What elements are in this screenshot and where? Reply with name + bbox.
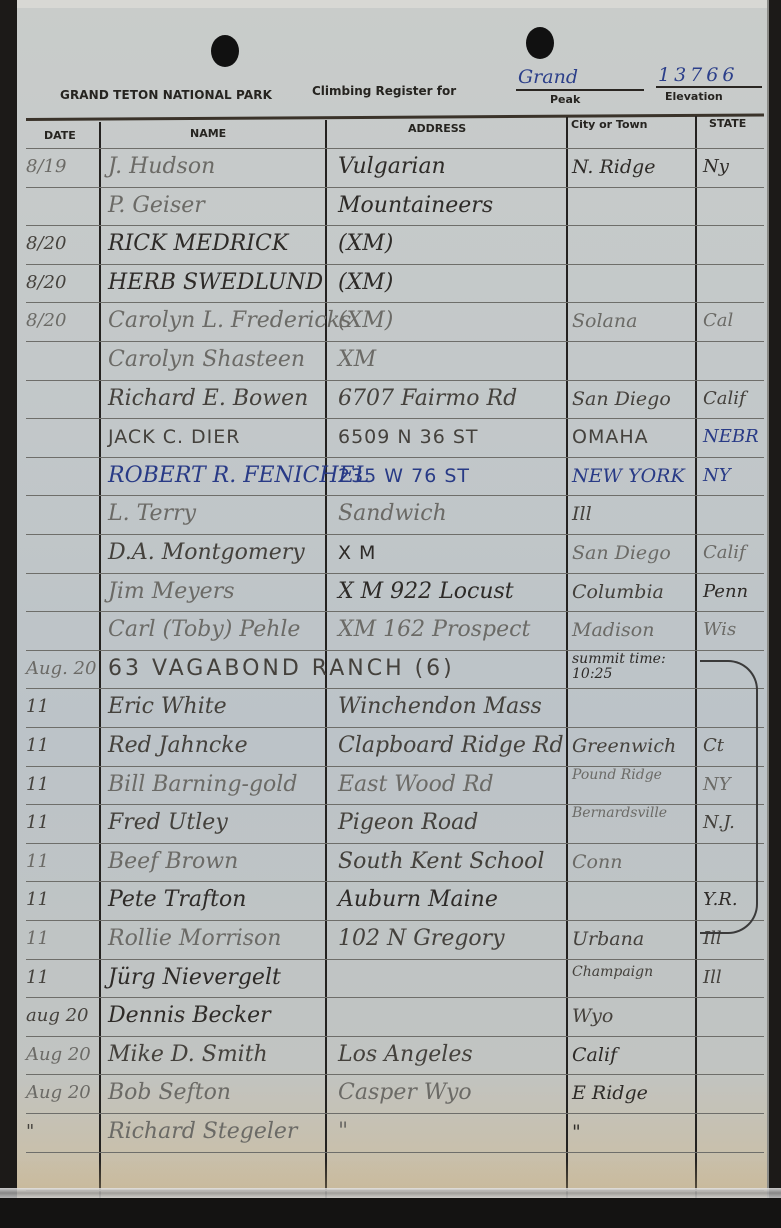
cell-date: " (26, 1119, 98, 1145)
table-row: ROBERT R. FENICHEL235 W 76 STNEW YORKNY (0, 457, 781, 495)
cell-date: 11 (26, 810, 98, 836)
cell-date: 11 (26, 772, 98, 798)
cell-city: Champaign (572, 965, 653, 980)
cell-name: L. Terry (108, 501, 196, 527)
cell-date: 8/20 (26, 231, 98, 257)
cell-address: Sandwich (338, 501, 447, 527)
cell-address: X M (338, 540, 376, 566)
cell-name: Pete Trafton (108, 887, 246, 913)
cell-name: Rollie Morrison (108, 926, 281, 952)
elevation-label: Elevation (665, 90, 723, 103)
cell-state: Ill (703, 965, 722, 991)
cell-date: Aug 20 (26, 1042, 98, 1068)
cell-date: Aug. 20 (26, 656, 98, 682)
column-header-city: City or Town (571, 118, 648, 131)
table-row: 11Bill Barning-goldEast Wood RdPound Rid… (0, 766, 781, 804)
table-row: JACK C. DIER6509 N 36 STOMAHANEBR (0, 418, 781, 456)
cell-city: N. Ridge (572, 154, 655, 180)
table-row: D.A. MontgomeryX MSan DiegoCalif (0, 534, 781, 572)
cell-date: 8/19 (26, 154, 98, 180)
cell-city: Columbia (572, 579, 664, 605)
cell-address: Winchendon Mass (338, 694, 542, 720)
cell-name: RICK MEDRICK (108, 231, 288, 257)
cell-city: Calif (572, 1042, 617, 1068)
cell-address: East Wood Rd (338, 772, 494, 798)
cell-city: Urbana (572, 926, 644, 952)
cell-state: Cal (703, 308, 733, 334)
cell-city: San Diego (572, 386, 671, 412)
cell-address: (XM) (338, 231, 393, 257)
cell-city: OMAHA (572, 424, 649, 450)
table-row: 11Beef BrownSouth Kent SchoolConn (0, 843, 781, 881)
cell-address: 235 W 76 ST (338, 463, 470, 489)
cell-name: HERB SWEDLUND (108, 270, 323, 296)
cell-city: E Ridge (572, 1080, 648, 1106)
cell-date: aug 20 (26, 1003, 98, 1029)
table-row: Carl (Toby) PehleXM 162 ProspectMadisonW… (0, 611, 781, 649)
cell-state: NEBR (703, 424, 759, 450)
clipboard-edge (0, 1188, 781, 1198)
elevation-underline (656, 86, 762, 88)
cell-address: Pigeon Road (338, 810, 478, 836)
cell-date: 11 (26, 849, 98, 875)
cell-city: Solana (572, 308, 637, 334)
register-label: Climbing Register for (312, 84, 456, 98)
cell-city: Ill (572, 501, 592, 527)
cell-name: D.A. Montgomery (108, 540, 305, 566)
cell-date: 11 (26, 694, 98, 720)
cell-address: South Kent School (338, 849, 544, 875)
table-row: 11Red JahnckeClapboard Ridge RdGreenwich… (0, 727, 781, 765)
cell-address: (XM) (338, 308, 393, 334)
table-row: P. GeiserMountaineers (0, 187, 781, 225)
peak-label: Peak (550, 93, 580, 106)
table-row: 8/20RICK MEDRICK(XM) (0, 225, 781, 263)
table-row: Aug. 2063 VAGABOND RANCH (6)summit time:… (0, 650, 781, 688)
table-row: Aug 20Mike D. SmithLos AngelesCalif (0, 1036, 781, 1074)
cell-city: Bernardsville (572, 806, 682, 821)
table-row: aug 20Dennis BeckerWyo (0, 997, 781, 1035)
cell-date: Aug 20 (26, 1080, 98, 1106)
cell-name: ROBERT R. FENICHEL (108, 463, 369, 489)
cell-name: Mike D. Smith (108, 1042, 268, 1068)
cell-address: Auburn Maine (338, 887, 498, 913)
cell-state: NY (703, 463, 731, 489)
cell-name: Dennis Becker (108, 1003, 271, 1029)
cell-city: Wyo (572, 1003, 613, 1029)
cell-name: Fred Utley (108, 810, 228, 836)
cell-address: 102 N Gregory (338, 926, 505, 952)
cell-city: NEW YORK (572, 463, 685, 489)
cell-city: Greenwich (572, 733, 676, 759)
cell-date: 11 (26, 926, 98, 952)
cell-date: 11 (26, 733, 98, 759)
cell-address: Vulgarian (338, 154, 446, 180)
cell-name: Bill Barning-gold (108, 772, 297, 798)
cell-name: JACK C. DIER (108, 424, 241, 450)
table-row: "Richard Stegeler"" (0, 1113, 781, 1151)
cell-name: Eric White (108, 694, 227, 720)
cell-city: Madison (572, 617, 654, 643)
cell-name: Beef Brown (108, 849, 238, 875)
cell-city: Pound Ridge (572, 768, 682, 783)
cell-address: XM (338, 347, 376, 373)
cell-date: 8/20 (26, 308, 98, 334)
cell-address: " (338, 1119, 348, 1145)
cell-name: 63 VAGABOND RANCH (6) (108, 656, 455, 682)
cell-date: 11 (26, 887, 98, 913)
table-row: 8/19J. HudsonVulgarianN. RidgeNy (0, 148, 781, 186)
cell-name: Red Jahncke (108, 733, 248, 759)
cell-state: Calif (703, 540, 746, 566)
cell-address: XM 162 Prospect (338, 617, 530, 643)
group-bracket (700, 660, 758, 934)
ruled-line (26, 1152, 764, 1153)
table-row: 11Eric WhiteWinchendon Mass (0, 688, 781, 726)
cell-state: Penn (703, 579, 748, 605)
background-surface (0, 1198, 781, 1228)
peak-underline (516, 89, 644, 91)
column-header-address: ADDRESS (408, 122, 466, 135)
cell-date: 11 (26, 965, 98, 991)
elevation-value: 13766 (658, 64, 738, 86)
table-row: 11Rollie Morrison102 N GregoryUrbanaIll (0, 920, 781, 958)
cell-name: Richard Stegeler (108, 1119, 297, 1145)
cell-city: " (572, 1119, 581, 1145)
column-header-state: STATE (709, 117, 746, 130)
table-row: 11Jürg NievergeltChampaignIll (0, 959, 781, 997)
peak-value: Grand (518, 66, 578, 88)
cell-name: Carolyn Shasteen (108, 347, 305, 373)
cell-city: Conn (572, 849, 622, 875)
park-title: GRAND TETON NATIONAL PARK (60, 88, 272, 102)
table-row: Aug 20Bob SeftonCasper WyoE Ridge (0, 1074, 781, 1112)
cell-address: Los Angeles (338, 1042, 473, 1068)
cell-name: Carolyn L. Fredericks (108, 308, 351, 334)
cell-date: 8/20 (26, 270, 98, 296)
cell-address: X M 922 Locust (338, 579, 514, 605)
cell-state: Wis (703, 617, 736, 643)
cell-state: Calif (703, 386, 746, 412)
cell-name: Jürg Nievergelt (108, 965, 281, 991)
cell-name: J. Hudson (108, 154, 215, 180)
cell-name: Richard E. Bowen (108, 386, 308, 412)
cell-name: P. Geiser (108, 193, 205, 219)
cell-address: 6707 Fairmo Rd (338, 386, 517, 412)
cell-state: Ny (703, 154, 729, 180)
sheet-top-edge (17, 0, 767, 8)
cell-name: Bob Sefton (108, 1080, 231, 1106)
cell-name: Jim Meyers (108, 579, 235, 605)
cell-address: Casper Wyo (338, 1080, 472, 1106)
punch-hole-left (211, 35, 239, 67)
table-row: 8/20Carolyn L. Fredericks(XM)SolanaCal (0, 302, 781, 340)
cell-name: Carl (Toby) Pehle (108, 617, 300, 643)
punch-hole-right (526, 27, 554, 59)
table-row: 11Fred UtleyPigeon RoadBernardsvilleN.J. (0, 804, 781, 842)
cell-address: Clapboard Ridge Rd (338, 733, 564, 759)
cell-address: 6509 N 36 ST (338, 424, 479, 450)
column-header-name: NAME (190, 127, 226, 140)
table-row: 8/20HERB SWEDLUND(XM) (0, 264, 781, 302)
table-row: Carolyn ShasteenXM (0, 341, 781, 379)
cell-city: summit time: 10:25 (572, 652, 682, 682)
cell-address: (XM) (338, 270, 393, 296)
cell-address: Mountaineers (338, 193, 493, 219)
table-row: L. TerrySandwichIll (0, 495, 781, 533)
table-row: Richard E. Bowen6707 Fairmo RdSan DiegoC… (0, 380, 781, 418)
column-header-date: DATE (44, 129, 76, 142)
cell-city: San Diego (572, 540, 671, 566)
table-row: 11Pete TraftonAuburn MaineY.R. (0, 881, 781, 919)
table-row: Jim MeyersX M 922 LocustColumbiaPenn (0, 573, 781, 611)
